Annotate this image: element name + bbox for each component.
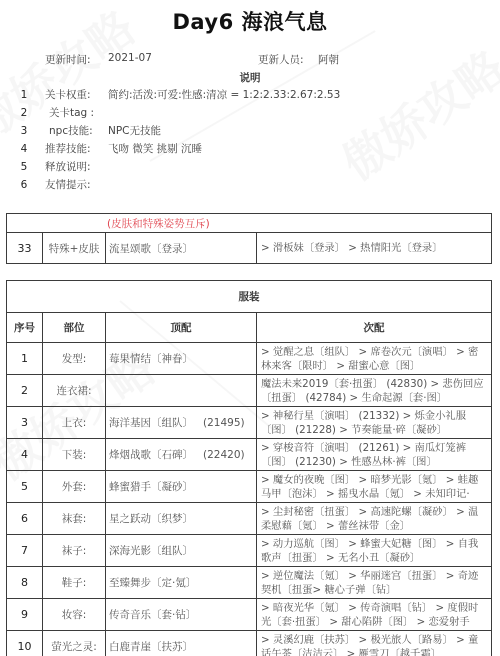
row-top-item: 深海光影〔组队〕	[106, 535, 257, 567]
info-row: 2 关卡tag :	[0, 104, 500, 122]
row-top-item: 烽烟战歌〔石碑〕(22420)	[106, 439, 257, 471]
row-number: 5	[7, 471, 43, 503]
info-row: 4 推荐技能: 飞吻 微笑 挑剔 沉睡	[0, 140, 500, 158]
row-part: 妆容:	[43, 599, 106, 631]
top-item-name: 海洋基因〔组队〕	[109, 417, 193, 429]
header-no: 序号	[7, 313, 43, 343]
row-sub-items: > 穿梭音符〔演唱〕 (21261) > 南瓜灯笼裤〔图〕 (21230) > …	[257, 439, 492, 471]
info-list: 1 关卡权重: 简约:活泼:可爱:性感:清凉 = 1:2:2.33:2.67:2…	[0, 86, 500, 194]
row-part: 下装:	[43, 439, 106, 471]
row-sub-items: > 逆位魔法〔氪〕 > 华丽迷宫〔扭蛋〕 > 奇迹契机〔扭蛋> 糖心子弹〔钻〕	[257, 567, 492, 599]
info-label: npc技能:	[49, 122, 109, 140]
row-number: 2	[7, 375, 43, 407]
row-number: 33	[7, 233, 43, 264]
row-sub-items: > 动力巡航〔图〕 > 蜂蜜大妃糖〔图〕 > 自我歌声〔扭蛋〕 > 无名小丑〔凝…	[257, 535, 492, 567]
row-sub-items: > 神秘行星〔演唱〕 (21332) > 烁金小礼服〔图〕 (21228) > …	[257, 407, 492, 439]
row-number: 7	[7, 535, 43, 567]
info-row: 6 友情提示:	[0, 176, 500, 194]
table-row: 2 连衣裙: 魔法未来2019〔套·扭蛋〕 (42830) > 悲伤回应〔扭蛋〕…	[7, 375, 492, 407]
updater-label: 更新人员:	[258, 52, 304, 67]
info-number: 4	[18, 140, 30, 158]
row-top-item: 蜂蜜猎手〔凝砂〕	[106, 471, 257, 503]
info-label: 关卡tag :	[49, 104, 109, 122]
row-number: 10	[7, 631, 43, 656]
top-item-name: 蜂蜜猎手〔凝砂〕	[109, 481, 193, 493]
update-time-label: 更新时间:	[45, 52, 91, 67]
top-item-name: 白鹿青崖〔扶苏〕	[109, 641, 193, 653]
clothing-caption-row: 服装	[7, 281, 492, 313]
info-number: 6	[18, 176, 30, 194]
table-row: 8 鞋子: 至臻舞步〔定·氪〕 > 逆位魔法〔氪〕 > 华丽迷宫〔扭蛋〕 > 奇…	[7, 567, 492, 599]
info-value: NPC无技能	[108, 122, 161, 140]
row-top-item: 星之跃动〔织梦〕	[106, 503, 257, 535]
top-item-id: (21495)	[203, 417, 245, 429]
special-skin-table: (皮肤和特殊姿势互斥) 33 特殊+皮肤 流星颂歌〔登录〕 > 滑板妹〔登录〕 …	[6, 213, 492, 264]
info-number: 5	[18, 158, 30, 176]
table-header-row: 序号 部位 顶配 次配	[7, 313, 492, 343]
row-part: 发型:	[43, 343, 106, 375]
info-number: 2	[18, 104, 30, 122]
row-top-item: 白鹿青崖〔扶苏〕	[106, 631, 257, 656]
row-part: 鞋子:	[43, 567, 106, 599]
row-part: 袜套:	[43, 503, 106, 535]
top-item-name: 莓果情结〔神眷〕	[109, 353, 193, 365]
updater-value: 阿朝	[318, 52, 339, 67]
section-caption: 说明	[0, 70, 500, 85]
info-row: 5 释放说明:	[0, 158, 500, 176]
table-row: 3 上衣: 海洋基因〔组队〕(21495) > 神秘行星〔演唱〕 (21332)…	[7, 407, 492, 439]
row-part: 特殊+皮肤	[43, 233, 106, 264]
row-sub-items: > 滑板妹〔登录〕 > 热情阳光〔登录〕	[257, 233, 492, 264]
row-number: 1	[7, 343, 43, 375]
row-sub-items: > 尘封秘密〔扭蛋〕 > 高速陀螺〔凝砂〕 > 温柔慰藉〔氪〕 > 蕾丝袜带〔金…	[257, 503, 492, 535]
row-top-item	[106, 375, 257, 407]
row-part: 袜子:	[43, 535, 106, 567]
info-label: 推荐技能:	[45, 140, 105, 158]
top-item-name: 传奇音乐〔套·钻〕	[109, 609, 196, 621]
info-value: 简约:活泼:可爱:性感:清凉 = 1:2:2.33:2.67:2.53	[108, 86, 340, 104]
table-row: 5 外套: 蜂蜜猎手〔凝砂〕 > 魔女的夜晚〔图〕 > 暗梦光影〔氪〕 > 蛙趣…	[7, 471, 492, 503]
special-note-row: (皮肤和特殊姿势互斥)	[7, 214, 492, 233]
row-top-item: 传奇音乐〔套·钻〕	[106, 599, 257, 631]
row-sub-items: > 灵溪幻鹿〔扶苏〕 > 极光旅人〔路易〕 > 童话午茶〔洁洁云〕 > 雁雪刀〔…	[257, 631, 492, 656]
table-row: 9 妆容: 传奇音乐〔套·钻〕 > 暗夜光华〔氪〕 > 传奇演唱〔钻〕 > 度假…	[7, 599, 492, 631]
page-title: Day6 海浪气息	[0, 6, 500, 36]
info-label: 释放说明:	[45, 158, 105, 176]
row-part: 连衣裙:	[43, 375, 106, 407]
row-number: 3	[7, 407, 43, 439]
header-top: 顶配	[106, 313, 257, 343]
row-top-item: 流星颂歌〔登录〕	[106, 233, 257, 264]
top-item-id: (22420)	[203, 449, 245, 461]
clothing-table: 服装 序号 部位 顶配 次配 1 发型: 莓果情结〔神眷〕 > 觉醒之息〔组队〕…	[6, 280, 492, 656]
row-top-item: 海洋基因〔组队〕(21495)	[106, 407, 257, 439]
row-number: 9	[7, 599, 43, 631]
row-top-item: 至臻舞步〔定·氪〕	[106, 567, 257, 599]
top-item-name: 烽烟战歌〔石碑〕	[109, 449, 193, 461]
exclusive-note: (皮肤和特殊姿势互斥)	[7, 214, 492, 233]
top-item-name: 深海光影〔组队〕	[109, 545, 193, 557]
row-sub-items: > 暗夜光华〔氪〕 > 传奇演唱〔钻〕 > 度假时光〔套·扭蛋〕 > 甜心陷阱〔…	[257, 599, 492, 631]
table-row: 1 发型: 莓果情结〔神眷〕 > 觉醒之息〔组队〕 > 席卷次元〔演唱〕 > 密…	[7, 343, 492, 375]
row-part: 上衣:	[43, 407, 106, 439]
header-part: 部位	[43, 313, 106, 343]
info-number: 1	[18, 86, 30, 104]
row-sub-items: 魔法未来2019〔套·扭蛋〕 (42830) > 悲伤回应〔扭蛋〕 (42784…	[257, 375, 492, 407]
row-number: 6	[7, 503, 43, 535]
clothing-caption: 服装	[7, 281, 492, 313]
row-sub-items: > 觉醒之息〔组队〕 > 席卷次元〔演唱〕 > 密林来客〔限时〕 > 甜蜜心意〔…	[257, 343, 492, 375]
row-part: 外套:	[43, 471, 106, 503]
row-top-item: 莓果情结〔神眷〕	[106, 343, 257, 375]
row-number: 4	[7, 439, 43, 471]
top-item-name: 星之跃动〔织梦〕	[109, 513, 193, 525]
row-number: 8	[7, 567, 43, 599]
table-row: 4 下装: 烽烟战歌〔石碑〕(22420) > 穿梭音符〔演唱〕 (21261)…	[7, 439, 492, 471]
header-sub: 次配	[257, 313, 492, 343]
row-sub-items: > 魔女的夜晚〔图〕 > 暗梦光影〔氪〕 > 蛙趣马甲〔泡沫〕 > 摇曳水晶〔氪…	[257, 471, 492, 503]
info-row: 1 关卡权重: 简约:活泼:可爱:性感:清凉 = 1:2:2.33:2.67:2…	[0, 86, 500, 104]
info-number: 3	[18, 122, 30, 140]
table-row: 33 特殊+皮肤 流星颂歌〔登录〕 > 滑板妹〔登录〕 > 热情阳光〔登录〕	[7, 233, 492, 264]
row-part: 萤光之灵:	[43, 631, 106, 656]
info-row: 3 npc技能: NPC无技能	[0, 122, 500, 140]
info-label: 关卡权重:	[45, 86, 105, 104]
table-row: 7 袜子: 深海光影〔组队〕 > 动力巡航〔图〕 > 蜂蜜大妃糖〔图〕 > 自我…	[7, 535, 492, 567]
top-item-name: 至臻舞步〔定·氪〕	[109, 577, 196, 589]
update-time-value: 2021-07	[108, 52, 152, 64]
info-value: 飞吻 微笑 挑剔 沉睡	[108, 140, 202, 158]
table-row: 6 袜套: 星之跃动〔织梦〕 > 尘封秘密〔扭蛋〕 > 高速陀螺〔凝砂〕 > 温…	[7, 503, 492, 535]
info-label: 友情提示:	[45, 176, 105, 194]
table-row: 10 萤光之灵: 白鹿青崖〔扶苏〕 > 灵溪幻鹿〔扶苏〕 > 极光旅人〔路易〕 …	[7, 631, 492, 656]
